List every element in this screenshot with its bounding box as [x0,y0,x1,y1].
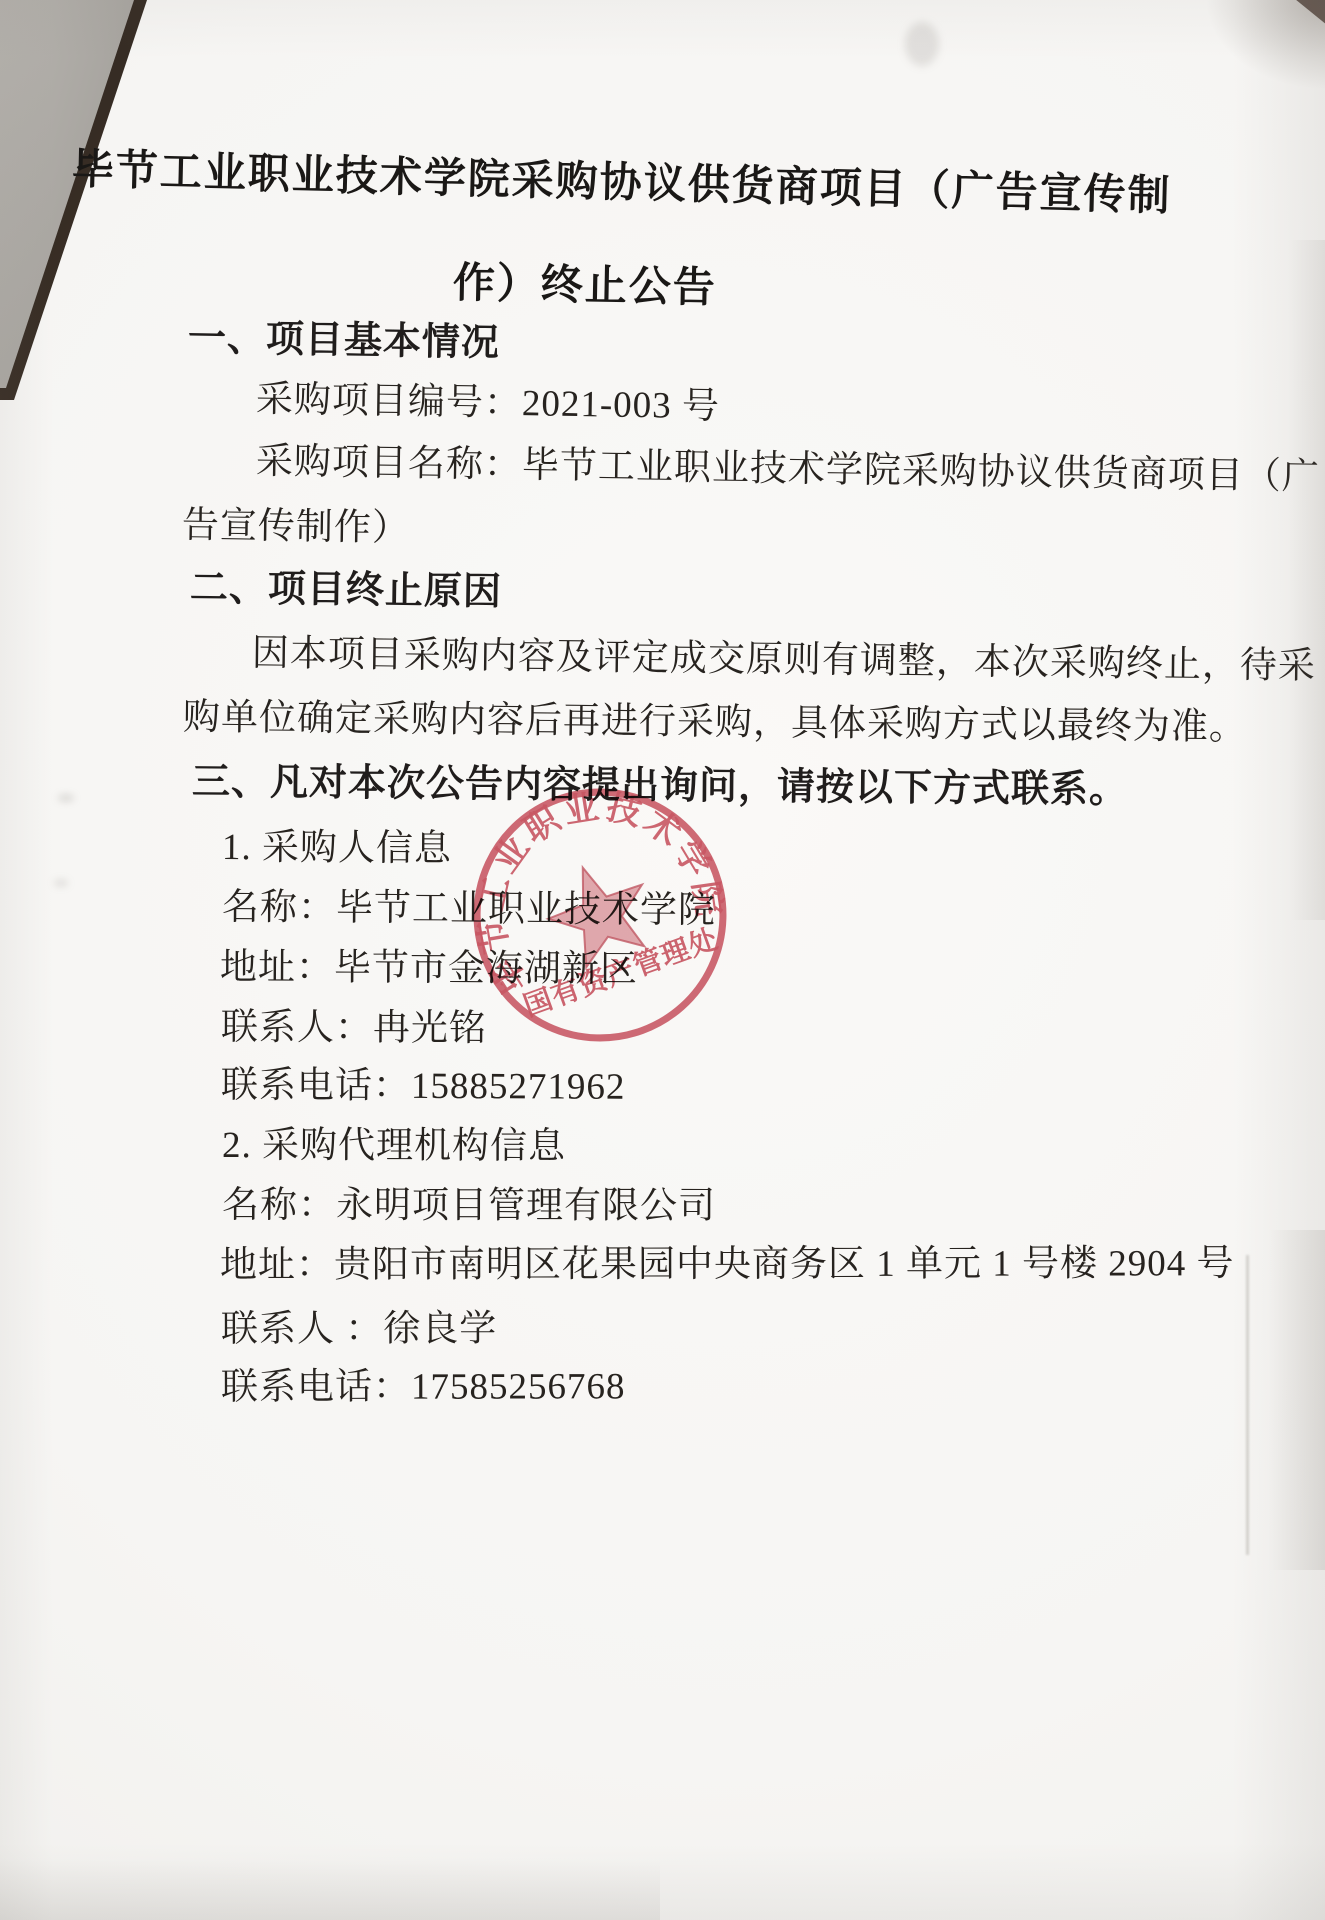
scan-streak-right-band [1268,1230,1325,1570]
section2-heading: 二、项目终止原因 [190,556,503,615]
official-seal: 毕节工业职业技术学院 国有资产管理处 [468,784,732,1046]
termination-reason-line-2: 购单位确定采购内容后再进行采购，具体采购方式以最终为准。 [183,686,1247,750]
official-seal-svg: 毕节工业职业技术学院 国有资产管理处 [468,784,732,1046]
purchaser-label: 1. 采购人信息 [222,816,452,872]
project-name-line-2: 告宣传制作） [182,494,411,551]
title-line-2: 作）终止公告 [0,240,1225,325]
termination-reason-line-1: 因本项目采购内容及评定成交原则有调整，本次采购终止，待采 [252,622,1317,689]
agency-label: 2. 采购代理机构信息 [222,1114,566,1169]
scan-streak-right-upper [1288,240,1325,920]
title-line-1: 毕节工业职业技术学院采购协议供货商项目（广告宣传制 [0,134,1262,225]
scan-speck [58,795,74,801]
scan-smudge [905,22,939,66]
agency-contact: 联系人 ：徐良学 [221,1298,497,1352]
project-number-line: 采购项目编号：2021-003 号 [256,368,721,429]
purchaser-contact: 联系人：冉光铭 [221,996,487,1051]
scan-shadow-bottom [0,1860,660,1920]
scan-corner-top-right-shade [1205,0,1325,90]
scanned-document-page: 毕节工业职业技术学院采购协议供货商项目（广告宣传制 作）终止公告 一、项目基本情… [0,0,1325,1920]
scan-speck [54,880,68,886]
project-name-line-1: 采购项目名称：毕节工业职业技术学院采购协议供货商项目（广 [256,430,1321,500]
agency-phone: 联系电话：17585256768 [221,1355,626,1410]
purchaser-phone: 联系电话：15885271962 [221,1054,626,1110]
section1-heading: 一、项目基本情况 [188,306,501,366]
scan-streak-right-thin [1246,1255,1249,1555]
agency-address: 地址：贵阳市南明区花果园中央商务区 1 单元 1 号楼 2904 号 [220,1232,1235,1288]
agency-name: 名称：永明项目管理有限公司 [222,1174,716,1229]
